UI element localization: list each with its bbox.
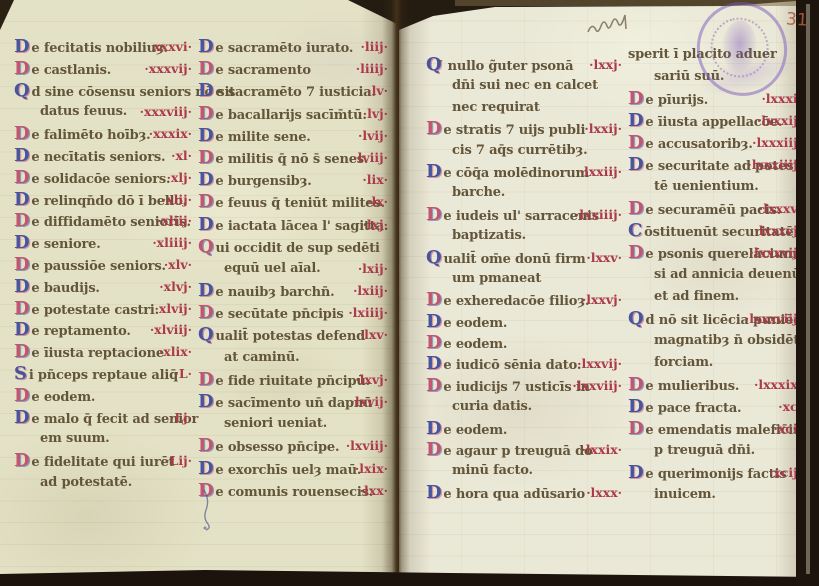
entry-number: ·L· — [175, 363, 193, 385]
entry-initial: D — [628, 88, 643, 109]
entry-text: e cōq̄a molēdinorum — [443, 166, 589, 181]
entry-number: ·lxxxiij· — [752, 132, 802, 154]
entry-text: e castlanis. — [31, 63, 111, 78]
index-entry: De necītatis seniors.·xl· — [14, 145, 192, 167]
entry-text: inuicem. — [654, 487, 716, 502]
index-entry: De comunis rouensecis.·lxx· — [198, 480, 388, 502]
entry-text: ui occidit de sup sedēti — [215, 241, 379, 256]
entry-text: e comunis rouensecis. — [215, 485, 373, 500]
entry-line: forciam. — [628, 352, 802, 374]
index-entry: De burgensibȝ.·lix· — [198, 169, 388, 191]
entry-initial: D — [198, 458, 213, 479]
entry-text: e sacramento — [215, 63, 310, 78]
entry-initial: D — [426, 118, 441, 139]
entry-text: e reptamento. — [31, 324, 130, 339]
entry-text: p treuguā dn̄i. — [654, 443, 755, 458]
entry-line: De malo q̄ fecit ad senior·Lj· — [14, 407, 192, 429]
entry-text: e agaur p treuguā do — [443, 444, 592, 459]
entry-line: em suum. — [14, 428, 192, 450]
index-entry: De nauibȝ barchn̄.·lxiij· — [198, 280, 388, 302]
entry-line: um pmaneat — [426, 268, 622, 289]
entry-number: ·xlj· — [167, 167, 192, 189]
entry-text: e solidacōe seniors. — [31, 172, 170, 187]
entry-text: baptizatis. — [452, 228, 526, 243]
entry-line: barche. — [426, 182, 622, 203]
index-entry: De securamēū pacis.·lxxxv· — [628, 198, 802, 220]
entry-text: ̄ nullo g̃uter psonā — [443, 59, 573, 74]
index-entry: De fide riuitate pn̄cipū.·lxvj· — [198, 369, 388, 391]
entry-initial: Q — [426, 247, 441, 268]
page-stack-edge — [806, 4, 810, 574]
entry-number: ·xlvj· — [159, 276, 192, 298]
entry-initial: D — [426, 375, 441, 396]
index-entry: De sacramēto 7 iusticia.·lv· — [198, 80, 388, 102]
entry-text: e eodem. — [443, 337, 507, 352]
entry-line: De exheredacōe filioȝ.·lxxvj· — [426, 289, 622, 310]
quire-scribble-mark — [584, 14, 638, 40]
index-entry: Qd nō sit licēcia puniēdi·lxxxviij·magna… — [628, 308, 802, 374]
entry-initial: D — [628, 154, 643, 175]
entry-text: e fecitatis nobiliuȝ. — [31, 41, 167, 56]
entry-text: e necītatis seniors. — [31, 150, 165, 165]
entry-initial: Q — [198, 324, 213, 345]
entry-line: De castlanis.·xxxvij· — [14, 58, 192, 80]
entry-text: tē uenientium. — [654, 179, 759, 194]
index-entry: De querimonijs factis·xcij·inuicem. — [628, 462, 802, 506]
entry-text: e eodem. — [443, 316, 507, 331]
index-entry: Qualit̄ potestas defend·lxv·at caminū. — [198, 324, 388, 368]
entry-text: e baudijs. — [31, 281, 99, 296]
index-entry: De milite sene.·lvij· — [198, 125, 388, 147]
entry-initial: D — [198, 103, 213, 124]
index-entry: De eodem. — [426, 332, 622, 353]
entry-line: datus feuus.·xxxviij· — [14, 101, 192, 123]
entry-number: ·lxxix· — [581, 439, 622, 460]
index-column-4: sperit ī placito aduersariū suū.De pīuri… — [628, 44, 802, 506]
entry-text: e falimēto hoībȝ. — [31, 128, 150, 143]
entry-number: ·lxxvj· — [582, 289, 622, 310]
entry-line: inuicem. — [628, 484, 802, 506]
index-entry: De īiusta appellacōe.·lxxxij· — [628, 110, 802, 132]
entry-text: e accusatoribȝ. — [645, 137, 752, 152]
entry-initial: D — [628, 396, 643, 417]
index-entry: De reptamento.·xlviij· — [14, 319, 192, 341]
entry-initial: D — [14, 407, 29, 428]
entry-initial: S — [14, 363, 27, 384]
entry-line: Qualit̄ om̄e donū firm·lxxv· — [426, 247, 622, 268]
entry-number: ·lxxj· — [589, 54, 622, 75]
entry-line: si ad annicia deuenūt — [628, 264, 802, 286]
entry-text: e potestate castri. — [31, 303, 159, 318]
entry-number: ·xxxviij· — [140, 101, 192, 123]
entry-line: De querimonijs factis·xcij· — [628, 462, 802, 484]
index-entry: De psonis querelācium·lxxxvij·si ad anni… — [628, 242, 802, 308]
entry-initial: D — [198, 191, 213, 212]
entry-line: De necītatis seniors.·xl· — [14, 145, 192, 167]
index-column-3: Q̄ nullo g̃uter psonā·lxxj·dn̄i sui nec … — [426, 54, 622, 503]
entry-line: cis 7 aq̄s currētibȝ. — [426, 140, 622, 161]
entry-initial: D — [198, 58, 213, 79]
entry-number: ·xlv· — [164, 254, 192, 276]
entry-line: minū facto. — [426, 460, 622, 481]
entry-initial: D — [198, 214, 213, 235]
entry-initial: D — [198, 36, 213, 57]
entry-initial: D — [198, 369, 213, 390]
entry-line: De fidelitate qui iurēt·Lij· — [14, 450, 192, 472]
entry-text: e paussiōe seniors. — [31, 259, 165, 274]
entry-line: p treuguā dn̄i. — [628, 440, 802, 462]
entry-line: Cōstituenūt securitatē.·lxxxvj· — [628, 220, 802, 242]
entry-number: ·xxxix· — [149, 123, 192, 145]
entry-line: De reptamento.·xlviij· — [14, 319, 192, 341]
entry-initial: C — [628, 220, 642, 241]
entry-initial: D — [198, 435, 213, 456]
entry-text: um pmaneat — [452, 271, 541, 286]
index-entry: De baudijs.·xlvj· — [14, 276, 192, 298]
entry-line: De pace fracta.·xc· — [628, 396, 802, 418]
entry-text: e obsesso pn̄cipe. — [215, 440, 339, 455]
entry-text: e secūtate pn̄cipis — [215, 307, 343, 322]
entry-line: equū uel aīal.·lxij· — [198, 258, 388, 280]
index-entry: Si pn̄ceps reptaue aliq̄·L· — [14, 363, 192, 385]
entry-text: e exheredacōe filioȝ. — [443, 294, 589, 309]
entry-text: forciam. — [654, 355, 713, 370]
entry-initial: D — [628, 374, 643, 395]
entry-text: e seniore. — [31, 237, 100, 252]
entry-line: De sacramento·liiij· — [198, 58, 388, 80]
entry-text: e fidelitate qui iurēt — [31, 455, 174, 470]
entry-initial: D — [426, 204, 441, 225]
entry-line: De iudicō sēnia dato.·lxxvij· — [426, 353, 622, 374]
entry-line: nec requirat — [426, 97, 622, 118]
entry-text: e sacramēto iurato. — [215, 41, 353, 56]
entry-line: De fecitatis nobiliuȝ.xxxvi· — [14, 36, 192, 58]
entry-initial: D — [628, 418, 643, 439]
entry-line: curia datis. — [426, 396, 622, 417]
index-entry: De falimēto hoībȝ.·xxxix· — [14, 123, 192, 145]
index-entry: De diffidamēto seniorīs.·xliij· — [14, 210, 192, 232]
entry-initial: D — [426, 353, 441, 374]
entry-text: cis 7 aq̄s currētibȝ. — [452, 143, 587, 158]
index-entry: Qualit̄ om̄e donū firm·lxxv·um pmaneat — [426, 247, 622, 290]
entry-number: ·lxxxvj· — [754, 220, 802, 242]
pen-flourish-icon — [196, 488, 212, 532]
entry-line: De eodem. — [426, 311, 622, 332]
entry-line: De eodem. — [14, 385, 192, 407]
entry-text: e pīurijs. — [645, 93, 708, 108]
entry-number: ·Lj· — [170, 407, 192, 429]
index-entry: De bacallarijs sacīm̄tū.·lvj· — [198, 103, 388, 125]
entry-number: ·lxxiiij· — [575, 204, 622, 225]
entry-line: De nauibȝ barchn̄.·lxiij· — [198, 280, 388, 302]
entry-initial: D — [14, 298, 29, 319]
entry-text: nec requirat — [452, 100, 540, 115]
index-entry: De eodem. — [426, 311, 622, 332]
entry-line: De comunis rouensecis.·lxx· — [198, 480, 388, 502]
entry-text: e iudicō sēnia dato. — [443, 358, 581, 373]
index-column-1: De fecitatis nobiliuȝ.xxxvi·De castlanis… — [14, 36, 192, 494]
entry-initial: D — [198, 147, 213, 168]
entry-line: Q̄ nullo g̃uter psonā·lxxj· — [426, 54, 622, 75]
index-entry: De pace fracta.·xc· — [628, 396, 802, 418]
index-entry: De accusatoribȝ.·lxxxiij· — [628, 132, 802, 154]
entry-line: De cōq̄a molēdinorum·lxxiij· — [426, 161, 622, 182]
entry-text: e stratis 7 uijs publi — [443, 123, 585, 138]
entry-text: equū uel aīal. — [224, 261, 320, 276]
entry-initial: D — [198, 169, 213, 190]
entry-text: e sacīmento un̄ dapnū — [215, 396, 372, 411]
index-entry: De seniore.·xliiij· — [14, 232, 192, 254]
index-entry: De iudicō sēnia dato.·lxxvij· — [426, 353, 622, 374]
entry-line: De baudijs.·xlvj· — [14, 276, 192, 298]
entry-text: dn̄i sui nec en calcet — [452, 78, 598, 93]
index-entry: De militis q̄ nō s̄ senes.·lviij· — [198, 147, 388, 169]
entry-number: ·lxxij· — [584, 118, 622, 139]
entry-line: De sacīmento un̄ dapnū·lxvij· — [198, 391, 388, 413]
entry-initial: D — [14, 254, 29, 275]
index-entry: De sacramēto iurato.·liij· — [198, 36, 388, 58]
entry-line: De īiusta reptacione·xlix· — [14, 341, 192, 363]
entry-initial: D — [426, 311, 441, 332]
entry-number: ·lxxviij· — [572, 375, 622, 396]
entry-initial: D — [426, 289, 441, 310]
entry-line: Qualit̄ potestas defend·lxv· — [198, 324, 388, 346]
index-entry: De agaur p treuguā do·lxxix·minū facto. — [426, 439, 622, 482]
entry-text: e feuus q̄ teniūt milites. — [215, 196, 384, 211]
entry-text: e hora qua adūsario — [443, 487, 585, 502]
entry-initial: D — [198, 391, 213, 412]
entry-line: De potestate castri.·xlvij· — [14, 298, 192, 320]
index-entry: De hora qua adūsario·lxxx· — [426, 482, 622, 503]
entry-initial: D — [14, 58, 29, 79]
entry-text: curia datis. — [452, 399, 532, 414]
entry-line: Qui occidit de sup sedēti — [198, 236, 388, 258]
entry-line: De diffidamēto seniorīs.·xliij· — [14, 210, 192, 232]
entry-line: seniori ueniat. — [198, 413, 388, 435]
entry-line: tē uenientium. — [628, 176, 802, 198]
entry-line: De eodem. — [426, 418, 622, 439]
index-entry: De fecitatis nobiliuȝ.xxxvi· — [14, 36, 192, 58]
index-entry: De iactata lācea l' sagitta.·lxj· — [198, 214, 388, 236]
entry-initial: D — [14, 276, 29, 297]
entry-number: ·xl· — [171, 145, 192, 167]
entry-line: De secūtate pn̄cipis·lxiiij· — [198, 302, 388, 324]
entry-initial: D — [426, 439, 441, 460]
entry-line: De accusatoribȝ.·lxxxiij· — [628, 132, 802, 154]
entry-line: De sacramēto iurato.·liij· — [198, 36, 388, 58]
entry-line: De paussiōe seniors.·xlv· — [14, 254, 192, 276]
entry-initial: D — [14, 167, 29, 188]
entry-line: magnatibȝ n̄ obsidēt — [628, 330, 802, 352]
entry-text: e iudicijs 7 usticīs in — [443, 380, 589, 395]
entry-initial: D — [426, 161, 441, 182]
folio-number: 31 — [785, 9, 808, 30]
entry-number: ·xlij· — [162, 189, 192, 211]
index-entry: De iudeis ul' sarracenis·lxxiiij·baptiza… — [426, 204, 622, 247]
entry-text: e eodem. — [31, 390, 95, 405]
entry-text: at caminū. — [224, 350, 299, 365]
entry-line: ad potestatē. — [14, 472, 192, 494]
entry-initial: D — [14, 385, 29, 406]
entry-line: De militis q̄ nō s̄ senes.·lviij· — [198, 147, 388, 169]
entry-number: ·lxxvij· — [577, 353, 622, 374]
entry-initial: D — [198, 125, 213, 146]
entry-number: ·xlix· — [159, 341, 192, 363]
entry-initial: D — [198, 302, 213, 323]
entry-text: e nauibȝ barchn̄. — [215, 285, 334, 300]
index-entry: De eodem. — [14, 385, 192, 407]
entry-initial: D — [628, 132, 643, 153]
entry-line: De feuus q̄ teniūt milites.·lx· — [198, 191, 388, 213]
entry-line: baptizatis. — [426, 225, 622, 246]
entry-line: De eodem. — [426, 332, 622, 353]
index-entry: De cōq̄a molēdinorum·lxxiij·barche. — [426, 161, 622, 204]
entry-initial: D — [14, 36, 29, 57]
entry-line: Qd sine cōsensu seniors nō sit — [14, 80, 192, 102]
entry-text: e milite sene. — [215, 130, 310, 145]
entry-initial: D — [198, 280, 213, 301]
entry-text: et ad finem. — [654, 289, 739, 304]
entry-line: et ad finem. — [628, 286, 802, 308]
entry-initial: D — [14, 123, 29, 144]
entry-text: seniori ueniat. — [224, 416, 327, 431]
entry-number: ·Lij· — [165, 450, 192, 472]
entry-number: ·lxxxiiij· — [747, 154, 802, 176]
entry-number: ·xliij· — [157, 210, 192, 232]
entry-line: De relinqn̄do dō ī bello.·xlij· — [14, 189, 192, 211]
entry-initial: D — [628, 198, 643, 219]
entry-initial: Q — [198, 236, 213, 257]
entry-initial: D — [14, 232, 29, 253]
entry-text: e fide riuitate pn̄cipū. — [215, 374, 370, 389]
entry-line: De exorchīs uelȝ maū.·lxix· — [198, 458, 388, 480]
entry-number: ·lxxxix· — [754, 374, 802, 396]
entry-line: De hora qua adūsario·lxxx· — [426, 482, 622, 503]
entry-line: De solidacōe seniors.·xlj· — [14, 167, 192, 189]
entry-line: De falimēto hoībȝ.·xxxix· — [14, 123, 192, 145]
entry-line: De obsesso pn̄cipe.·lxviij· — [198, 435, 388, 457]
index-entry: De castlanis.·xxxvij· — [14, 58, 192, 80]
entry-text: e querimonijs factis — [645, 467, 786, 482]
entry-text: e sacramēto 7 iusticia. — [215, 85, 375, 100]
entry-initial: D — [426, 418, 441, 439]
index-entry: De paussiōe seniors.·xlv· — [14, 254, 192, 276]
entry-line: De stratis 7 uijs publi·lxxij· — [426, 118, 622, 139]
entry-line: De iudicijs 7 usticīs in·lxxviij· — [426, 375, 622, 396]
entry-text: e mulieribus. — [645, 379, 739, 394]
entry-text: ualit̄ om̄e donū firm — [443, 252, 585, 267]
entry-initial: D — [628, 242, 643, 263]
entry-text: e militis q̄ nō s̄ senes. — [215, 152, 368, 167]
index-entry: De sacīmento un̄ dapnū·lxvij·seniori uen… — [198, 391, 388, 435]
index-column-2: De sacramēto iurato.·liij·De sacramento·… — [198, 36, 388, 502]
index-entry: De stratis 7 uijs publi·lxxij·cis 7 aq̄s… — [426, 118, 622, 161]
entry-initial: D — [628, 110, 643, 131]
index-entry: Cōstituenūt securitatē.·lxxxvj· — [628, 220, 802, 242]
entry-number: ·xlvij· — [155, 298, 192, 320]
entry-line: De iudeis ul' sarracenis·lxxiiij· — [426, 204, 622, 225]
entry-line: De bacallarijs sacīm̄tū.·lvj· — [198, 103, 388, 125]
entry-initial: D — [14, 145, 29, 166]
entry-text: em suum. — [40, 431, 109, 446]
entry-line: De agaur p treuguā do·lxxix· — [426, 439, 622, 460]
entry-line: De emendatis malefic̄is·xci· — [628, 418, 802, 440]
entry-initial: D — [14, 450, 29, 471]
entry-number: ·lxxxvij· — [750, 242, 802, 264]
entry-text: e īiusta reptacione — [31, 346, 163, 361]
entry-text: minū facto. — [452, 463, 533, 478]
entry-initial: D — [426, 332, 441, 353]
entry-line: De fide riuitate pn̄cipū.·lxvj· — [198, 369, 388, 391]
index-entry: De feuus q̄ teniūt milites.·lx· — [198, 191, 388, 213]
entry-text: e bacallarijs sacīm̄tū. — [215, 108, 366, 123]
entry-text: magnatibȝ n̄ obsidēt — [654, 333, 799, 348]
entry-line: De milite sene.·lvij· — [198, 125, 388, 147]
index-entry: De mulieribus.·lxxxix· — [628, 374, 802, 396]
entry-number: ·lxxx· — [586, 482, 622, 503]
entry-line: De īiusta appellacōe.·lxxxij· — [628, 110, 802, 132]
entry-line: De psonis querelācium·lxxxvij· — [628, 242, 802, 264]
index-entry: De solidacōe seniors.·xlj· — [14, 167, 192, 189]
entry-line: De sacramēto 7 iusticia.·lv· — [198, 80, 388, 102]
index-entry: Qd sine cōsensu seniors nō sitdatus feuu… — [14, 80, 192, 124]
entry-initial: D — [14, 319, 29, 340]
entry-initial: D — [14, 189, 29, 210]
index-entry: Qui occidit de sup sedētiequū uel aīal.·… — [198, 236, 388, 280]
entry-initial: D — [198, 80, 213, 101]
entry-text: e eodem. — [443, 423, 507, 438]
index-entry: De securitate ad potesta·lxxxiiij·tē uen… — [628, 154, 802, 198]
entry-number: ·xliiij· — [152, 232, 192, 254]
entry-text: datus feuus. — [40, 104, 127, 119]
entry-number: ·lxxxviij· — [745, 308, 802, 330]
entry-initial: D — [14, 341, 29, 362]
index-entry: De exheredacōe filioȝ.·lxxvj· — [426, 289, 622, 310]
entry-number: xxxvi· — [153, 36, 192, 58]
entry-line: Qd nō sit licēcia puniēdi·lxxxviij· — [628, 308, 802, 330]
entry-initial: Q — [628, 308, 643, 329]
entry-number: ·lxxv· — [586, 247, 622, 268]
entry-text: e exorchīs uelȝ maū. — [215, 463, 361, 478]
entry-line: De burgensibȝ.·lix· — [198, 169, 388, 191]
entry-text: ualit̄ potestas defend — [215, 329, 364, 344]
entry-text: i pn̄ceps reptaue aliq̄ — [29, 368, 178, 383]
index-entry: De obsesso pn̄cipe.·lxviij· — [198, 435, 388, 457]
entry-number: ·xlviij· — [150, 319, 192, 341]
index-entry: De eodem. — [426, 418, 622, 439]
index-entry: De relinqn̄do dō ī bello.·xlij· — [14, 189, 192, 211]
index-entry: De sacramento·liiij· — [198, 58, 388, 80]
entry-line: at caminū. — [198, 347, 388, 369]
entry-text: e pace fracta. — [645, 401, 741, 416]
entry-initial: Q — [426, 54, 441, 75]
index-entry: De iudicijs 7 usticīs in·lxxviij·curia d… — [426, 375, 622, 418]
index-entry: De fidelitate qui iurēt·Lij·ad potestatē… — [14, 450, 192, 494]
entry-line: Si pn̄ceps reptaue aliq̄·L· — [14, 363, 192, 385]
index-entry: De malo q̄ fecit ad senior·Lj·em suum. — [14, 407, 192, 451]
index-entry: De potestate castri.·xlvij· — [14, 298, 192, 320]
entry-text: si ad annicia deuenūt — [654, 267, 807, 282]
manuscript-photo: De fecitatis nobiliuȝ.xxxvi·De castlanis… — [0, 0, 819, 586]
index-entry: Q̄ nullo g̃uter psonā·lxxj·dn̄i sui nec … — [426, 54, 622, 118]
entry-line: De seniore.·xliiij· — [14, 232, 192, 254]
page-gutter-fold — [382, 0, 410, 586]
index-entry: De secūtate pn̄cipis·lxiiij· — [198, 302, 388, 324]
entry-number: ·lxxiij· — [580, 161, 622, 182]
index-entry: De exorchīs uelȝ maū.·lxix· — [198, 458, 388, 480]
entry-text: ad potestatē. — [40, 475, 132, 490]
entry-text: barche. — [452, 185, 505, 200]
